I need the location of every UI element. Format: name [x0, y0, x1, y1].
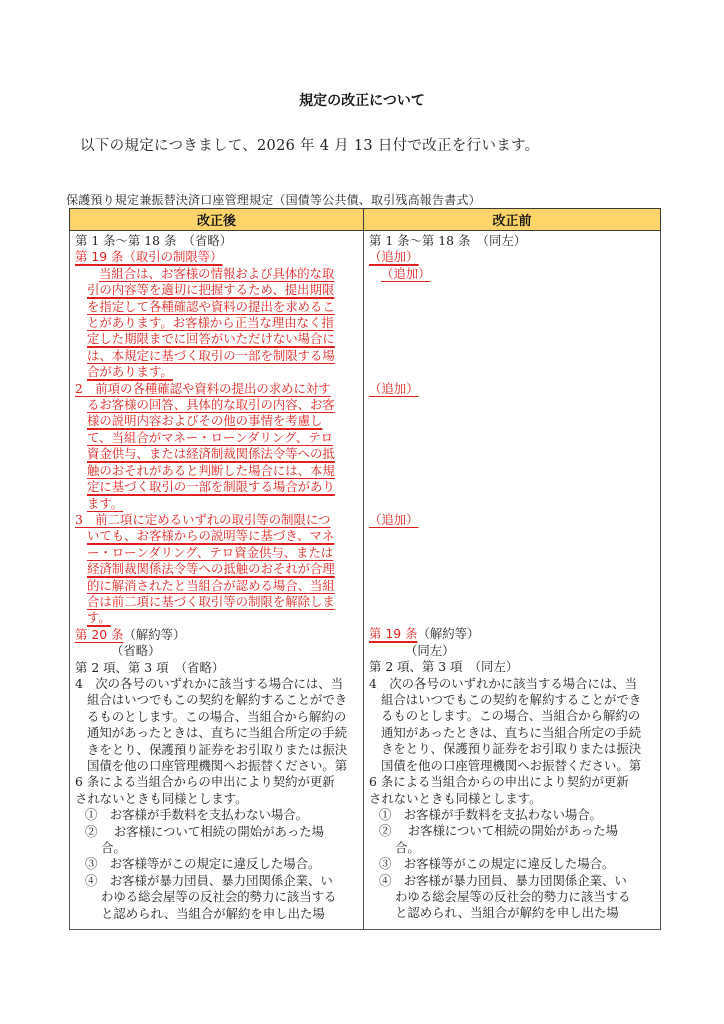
list-item-cont: わゆる総会屋等の反社会的勢力に該当する: [75, 889, 359, 905]
text-line: 通知があったときは、直ちに当組合所定の手続: [75, 725, 359, 741]
before-art1-18: 第 1 条～第 18 条 （同左）: [369, 233, 656, 249]
text-line: 4 次の各号のいずれかに該当する場合には、当: [369, 676, 656, 692]
after-art19-para2: 2 前項の各種確認や資料の提出の求めに対す るお客様の回答、具体的な取引の内容、…: [75, 381, 359, 512]
text-line: 引の内容等を適切に把握するため、提出期限: [87, 282, 334, 297]
before-item-list: ① お客様が手数料を支払わない場合。 ② お客様について相続の開始があった場 合…: [369, 807, 656, 922]
list-item: ③ お客様等がこの規定に違反した場合。: [369, 856, 656, 872]
text-line: 触のおそれがあると判断した場合には、本規: [87, 463, 335, 478]
table-caption: 保護預り規定兼振替決済口座管理規定（国債等公共債、取引残高報告書式）: [66, 191, 481, 208]
text-line: 定した期限までに回答がいただけない場合に: [87, 331, 335, 346]
after-column: 第 1 条～第 18 条 （省略） 第 19 条（取引の制限等） 当組合は、お客…: [70, 231, 364, 930]
text-line: 合は前二項に基づく取引等の制限を解除しま: [87, 594, 335, 609]
text-line: るものとします。この場合、当組合から解約の: [75, 709, 359, 725]
comparison-table: 改正後 改正前 第 1 条～第 18 条 （省略） 第 19 条（取引の制限等）…: [69, 208, 661, 930]
after-art19-para1: 当組合は、お客様の情報および具体的な取 引の内容等を適切に把握するため、提出期限…: [75, 266, 359, 381]
page-title: 規定の改正について: [0, 90, 724, 110]
text-line: とがあります。お客様から正当な理由なく指: [87, 315, 334, 330]
text-line: ます。: [87, 496, 123, 511]
text-line: 国債を他の口座管理機関へお振替ください。第: [369, 758, 656, 774]
list-item: ① お客様が手数料を支払わない場合。: [369, 807, 656, 823]
after-art20-para1: （省略）: [75, 643, 359, 659]
after-art20-title: （解約等）: [123, 627, 185, 642]
before-added-marker: （追加）: [381, 266, 431, 281]
text-line: されないときも同様とします。: [75, 791, 359, 807]
before-column: 第 1 条～第 18 条 （同左） （追加） （追加） （追加） （追加） 第 …: [364, 231, 661, 930]
text-line: は、本規定に基づく取引の一部を制限する場: [87, 348, 335, 363]
text-line: 3 前二項に定めるいずれの取引等の制限につ: [75, 512, 330, 527]
before-art19-para1: （同左）: [369, 643, 656, 659]
before-art19-para2-3: 第 2 項、第 3 項 （同左）: [369, 659, 656, 675]
text-line: す。: [87, 610, 111, 625]
after-art20-number: 第 20 条: [75, 627, 123, 642]
text-line: 経済制裁関係法令等への抵触のおそれが合理: [87, 561, 335, 576]
text-line: 定に基づく取引の一部を制限する場合があり: [87, 479, 335, 494]
table-header-row: 改正後 改正前: [70, 209, 661, 231]
before-added-marker: （追加）: [369, 249, 419, 264]
list-item: ② お客様について相続の開始があった場: [75, 824, 359, 840]
table-row: 第 1 条～第 18 条 （省略） 第 19 条（取引の制限等） 当組合は、お客…: [70, 231, 661, 930]
header-after: 改正後: [70, 209, 364, 231]
after-item-list: ① お客様が手数料を支払わない場合。 ② お客様について相続の開始があった場 合…: [75, 807, 359, 922]
list-item-cont: と認められ、当組合が解約を申し出た場: [369, 905, 656, 921]
after-art20-heading: 第 20 条（解約等）: [75, 627, 359, 643]
text-line: て、当組合がマネー・ローンダリング、テロ: [87, 430, 333, 445]
text-line: 当組合は、お客様の情報および具体的な取: [99, 266, 334, 281]
list-item-cont: 合。: [369, 840, 656, 856]
intro-text: 以下の規定につきまして、2026 年 4 月 13 日付で改正を行います。: [80, 134, 539, 155]
text-line: るものとします。この場合、当組合から解約の: [369, 708, 656, 724]
text-line: 6 条による当組合からの申出により契約が更新: [75, 774, 359, 790]
before-art19-heading: 第 19 条（解約等）: [369, 626, 656, 642]
before-art19-title: （解約等）: [417, 626, 479, 641]
text-line: いても、お客様からの説明等に基づき、マネ: [87, 528, 334, 543]
text-line: 通知があったときは、直ちに当組合所定の手続: [369, 725, 656, 741]
text-line: 合があります。: [87, 364, 173, 379]
text-line: きをとり、保護預り証券をお引取りまたは振決: [75, 742, 359, 758]
before-art19-para4: 4 次の各号のいずれかに該当する場合には、当 組合はいつでもこの契約を解約するこ…: [369, 676, 656, 807]
after-art20-para2-3: 第 2 項、第 3 項 （省略）: [75, 660, 359, 676]
list-item-cont: 合。: [75, 840, 359, 856]
list-item: ① お客様が手数料を支払わない場合。: [75, 807, 359, 823]
text-line: 4 次の各号のいずれかに該当する場合には、当: [75, 676, 359, 692]
text-line: されないときも同様とします。: [369, 791, 656, 807]
list-item-cont: と認められ、当組合が解約を申し出た場: [75, 906, 359, 922]
text-line: 国債を他の口座管理機関へお振替ください。第: [75, 758, 359, 774]
text-line: 的に解消されたと当組合が認める場合、当組: [87, 578, 335, 593]
text-line: きをとり、保護預り証券をお引取りまたは振決: [369, 741, 656, 757]
text-line: 組合はいつでもこの契約を解約することができ: [369, 692, 656, 708]
before-art19-number: 第 19 条: [369, 626, 417, 641]
text-line: を指定して各種確認や資料の提出を求めるこ: [87, 299, 335, 314]
before-added-marker: （追加）: [369, 381, 419, 396]
header-before: 改正前: [364, 209, 661, 231]
text-line: 2 前項の各種確認や資料の提出の求めに対す: [75, 381, 331, 396]
list-item: ③ お客様等がこの規定に違反した場合。: [75, 856, 359, 872]
after-art19-para3: 3 前二項に定めるいずれの取引等の制限につ いても、お客様からの説明等に基づき、…: [75, 512, 359, 627]
before-added-marker: （追加）: [369, 512, 419, 527]
list-item: ② お客様について相続の開始があった場: [369, 823, 656, 839]
text-line: 様の説明内容およびその他の事情を考慮し: [87, 413, 322, 428]
text-line: るお客様の回答、具体的な取引の内容、お客: [87, 397, 335, 412]
text-line: 6 条による当組合からの申出により契約が更新: [369, 774, 656, 790]
list-item: ④ お客様が暴力団員、暴力団関係企業、い: [75, 873, 359, 889]
text-line: 資金供与、または経済制裁関係法令等への抵: [87, 446, 335, 461]
after-art20-para4: 4 次の各号のいずれかに該当する場合には、当 組合はいつでもこの契約を解約するこ…: [75, 676, 359, 807]
after-art1-18: 第 1 条～第 18 条 （省略）: [75, 233, 359, 249]
text-line: ー・ローンダリング、テロ資金供与、または: [87, 545, 333, 560]
text-line: 組合はいつでもこの契約を解約することができ: [75, 692, 359, 708]
list-item: ④ お客様が暴力団員、暴力団関係企業、い: [369, 873, 656, 889]
after-art19-heading: 第 19 条（取引の制限等）: [75, 249, 223, 264]
list-item-cont: わゆる総会屋等の反社会的勢力に該当する: [369, 889, 656, 905]
